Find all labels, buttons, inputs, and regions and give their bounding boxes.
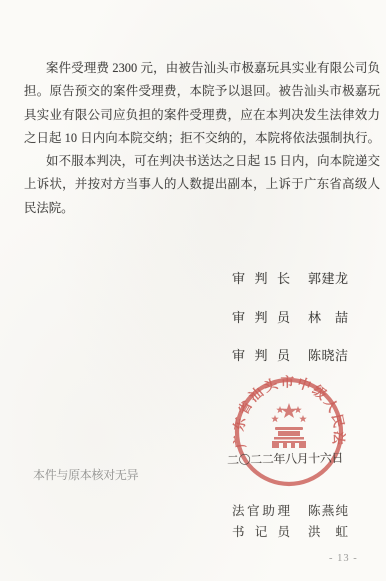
page-number: - 13 -	[329, 553, 358, 564]
judgment-date: 二〇二二年八月十六日	[227, 449, 349, 469]
judge-role-label: 审判长	[232, 272, 290, 286]
judge-role-label: 审判员	[232, 311, 290, 325]
body-line: 之日起 10 日内向本院交纳；拒不交纳的，本院将依法强制执行。	[24, 127, 380, 150]
body-line: 具实业有限公司应负担的案件受理费，应在本判决发生法律效力	[24, 104, 380, 127]
court-seal: 广东省汕头市中级人民法院	[232, 375, 346, 489]
certification-note: 本件与原本核对无异	[33, 466, 138, 483]
signature-row-judge: 审判员 林喆	[232, 311, 348, 325]
body-line: 担。原告预交的案件受理费，本院予以退回。被告汕头市极嘉玩	[24, 80, 380, 103]
judge-role-label: 审判员	[232, 349, 290, 363]
staff-role-label: 书记员	[232, 526, 290, 539]
body-line: 案件受理费 2300 元，由被告汕头市极嘉玩具实业有限公司负	[24, 57, 380, 80]
staff-role-label: 法官助理	[232, 505, 290, 518]
judge-name: 陈晓洁	[308, 349, 348, 363]
staff-row-assistant: 法官助理 陈燕纯	[232, 505, 348, 518]
staff-name: 陈燕纯	[308, 505, 348, 518]
judgment-document-page: 案件受理费 2300 元，由被告汕头市极嘉玩具实业有限公司负 担。原告预交的案件…	[0, 0, 386, 581]
signature-row-presiding-judge: 审判长 郭建龙	[232, 272, 348, 286]
body-line: 上诉状，并按对方当事人的人数提出副本，上诉于广东省高级人	[24, 173, 380, 196]
judge-name: 林喆	[308, 311, 348, 325]
judge-name: 郭建龙	[308, 272, 348, 286]
body-line: 民法院。	[24, 197, 380, 220]
body-line: 如不服本判决，可在判决书送达之日起 15 日内，向本院递交	[24, 150, 380, 173]
staff-name: 洪虹	[308, 526, 348, 539]
judgment-body: 案件受理费 2300 元，由被告汕头市极嘉玩具实业有限公司负 担。原告预交的案件…	[24, 57, 380, 220]
staff-row-clerk: 书记员 洪虹	[232, 526, 348, 539]
national-emblem-icon	[271, 403, 307, 448]
signature-row-judge: 审判员 陈晓洁	[232, 349, 348, 363]
